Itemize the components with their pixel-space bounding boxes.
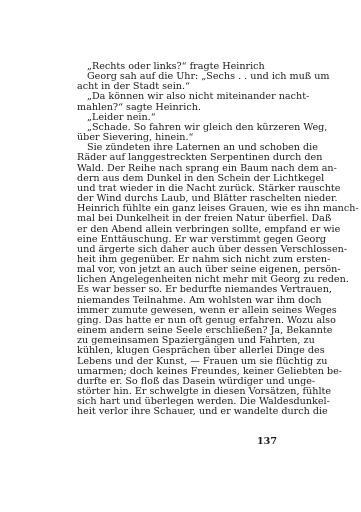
- body-text: „Rechts oder links?“ fragte HeinrichGeor…: [77, 62, 284, 417]
- book-page: „Rechts oder links?“ fragte HeinrichGeor…: [0, 0, 361, 512]
- text-line: heit verlor ihre Schauer, und er wandelt…: [77, 407, 284, 417]
- text-line: mal bei Dunkelheit in der freien Natur ü…: [77, 214, 284, 224]
- page-number: 137: [257, 436, 277, 447]
- text-line: kühlen, klugen Gesprächen über allerlei …: [77, 346, 284, 356]
